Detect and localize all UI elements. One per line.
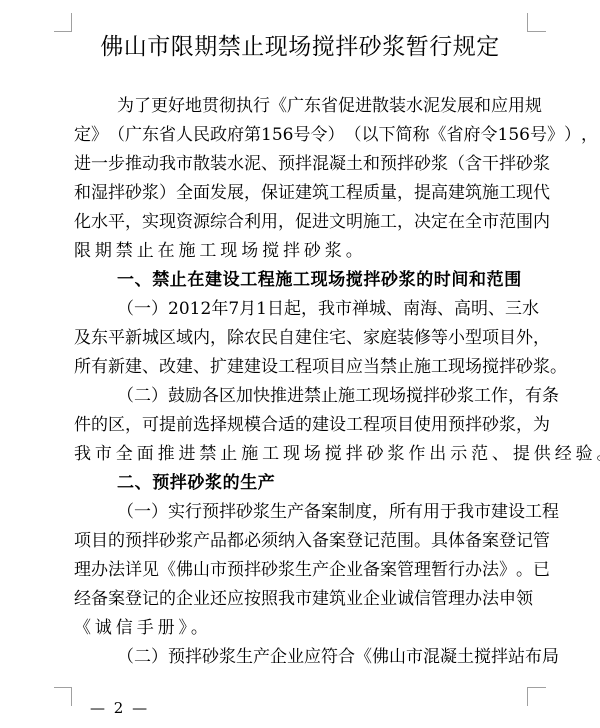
crop-mark-bottom-left-v [71,687,72,706]
paragraph-line: 限期禁止在施工现场搅拌砂浆。 [74,237,524,266]
paragraph-line: 经备案登记的企业还应按照我市建筑业企业诚信管理办法申领 [74,585,524,614]
crop-mark-top-left-v [71,13,72,32]
crop-mark-bottom-right-h [527,687,546,688]
paragraph-line: （二）预拌砂浆生产企业应符合《佛山市混凝土搅拌站布局 [117,643,524,672]
paragraph-line: 定》（广东省人民政府第156号令）（以下简称《省府令156号》）， [74,121,524,150]
paragraph-line: （二）鼓励各区加快推进禁止施工现场搅拌砂浆工作，有条 [117,382,524,411]
paragraph-line: 和湿拌砂浆）全面发展，保证建筑工程质量，提高建筑施工现代 [74,179,524,208]
paragraph-line: 为了更好地贯彻执行《广东省促进散装水泥发展和应用规 [117,92,524,121]
section-heading-1: 一、禁止在建设工程施工现场搅拌砂浆的时间和范围 [117,266,524,295]
paragraph-line: 进一步推动我市散装水泥、预拌混凝土和预拌砂浆（含干拌砂浆 [74,150,524,179]
crop-mark-bottom-left-h [54,687,72,688]
paragraph-line: 项目的预拌砂浆产品都必须纳入备案登记范围。具体备案登记管 [74,527,524,556]
paragraph-line: 化水平，实现资源综合利用，促进文明施工，决定在全市范围内 [74,208,524,237]
paragraph-line: 理办法详见《佛山市预拌砂浆生产企业备案管理暂行办法》。已 [74,556,524,585]
crop-mark-bottom-right-v [527,687,528,706]
paragraph-line: 及东平新城区域内，除农民自建住宅、家庭装修等小型项目外， [74,324,524,353]
paragraph-line: （一）实行预拌砂浆生产备案制度，所有用于我市建设工程 [117,498,524,527]
section-heading-2: 二、预拌砂浆的生产 [117,469,524,498]
paragraph-line: 我市全面推进禁止施工现场搅拌砂浆作出示范、提供经验。 [74,440,524,469]
crop-mark-top-right-v [527,13,528,32]
paragraph-line: 所有新建、改建、扩建建设工程项目应当禁止施工现场搅拌砂浆。 [74,353,524,382]
paragraph-line: （一）2012年7月1日起，我市禅城、南海、高明、三水 [117,295,524,324]
paragraph-line: 《诚信手册》。 [74,614,524,643]
document-title: 佛山市限期禁止现场搅拌砂浆暂行规定 [0,31,600,63]
paragraph-line: 件的区，可提前选择规模合适的建设工程项目使用预拌砂浆，为 [74,411,524,440]
page-number: — 2 — [90,698,149,718]
